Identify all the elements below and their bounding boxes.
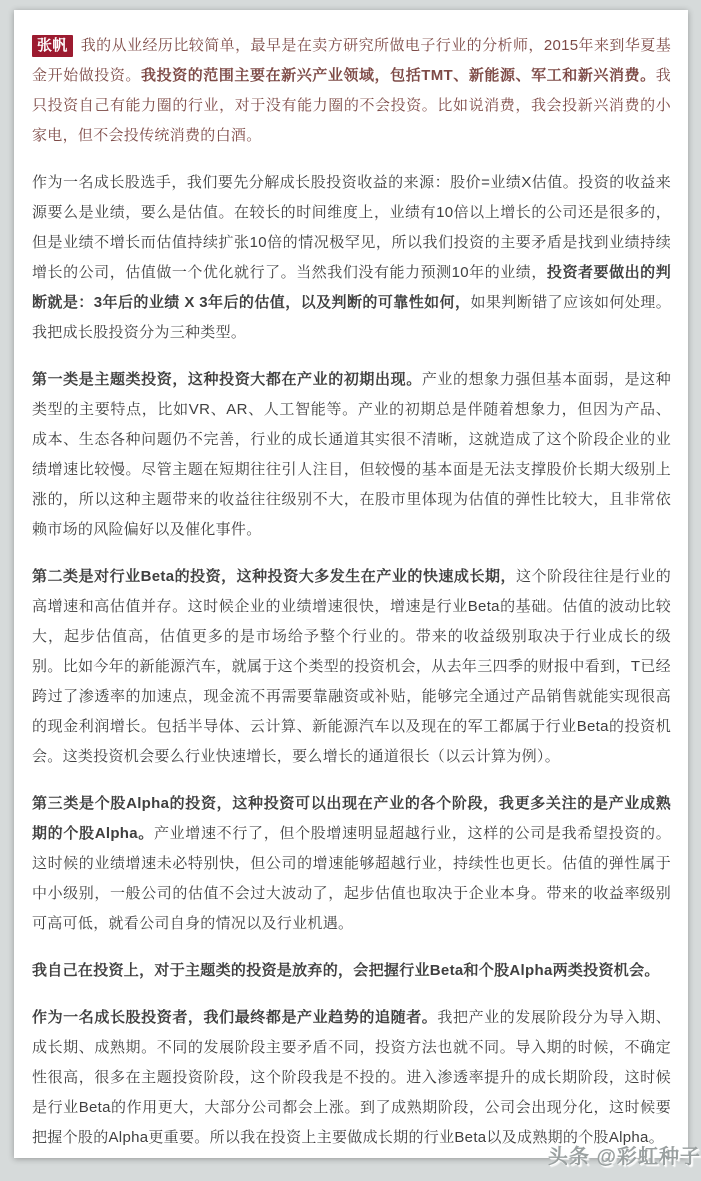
text-run: 产业的想象力强但基本面弱，是这种类型的主要特点，比如VR、AR、人工智能等。产业… <box>32 371 671 538</box>
page-background: 张帆我的从业经历比较简单，最早是在卖方研究所做电子行业的分析师，2015年来到华… <box>0 0 701 1181</box>
paragraph: 第一类是主题类投资，这种投资大都在产业的初期出现。产业的想象力强但基本面弱，是这… <box>32 365 671 545</box>
text-run: 这个阶段往往是行业的高增速和高估值并存。这时候企业的业绩增速很快，增速是行业Be… <box>32 568 671 765</box>
paragraph: 作为一名成长股选手，我们要先分解成长股投资收益的来源：股价=业绩X估值。投资的收… <box>32 168 671 348</box>
speaker-name-badge: 张帆 <box>32 35 73 57</box>
paragraph: 张帆我的从业经历比较简单，最早是在卖方研究所做电子行业的分析师，2015年来到华… <box>32 31 671 151</box>
watermark: 头条 @彩虹种子 <box>548 1140 701 1169</box>
text-run: 我把产业的发展阶段分为导入期、成长期、成熟期。不同的发展阶段主要矛盾不同，投资方… <box>32 1009 671 1146</box>
text-run: 我投资的范围主要在新兴产业领域，包括TMT、新能源、军工和新兴消费。 <box>141 67 656 84</box>
paragraph: 我自己在投资上，对于主题类的投资是放弃的，会把握行业Beta和个股Alpha两类… <box>32 956 671 986</box>
paragraph: 第三类是个股Alpha的投资，这种投资可以出现在产业的各个阶段，我更多关注的是产… <box>32 789 671 939</box>
watermark-text: 头条 @彩虹种子 <box>548 1146 701 1168</box>
text-run: 作为一名成长股投资者，我们最终都是产业趋势的追随者。 <box>32 1009 437 1026</box>
article-card: 张帆我的从业经历比较简单，最早是在卖方研究所做电子行业的分析师，2015年来到华… <box>14 10 688 1158</box>
paragraph: 作为一名成长股投资者，我们最终都是产业趋势的追随者。我把产业的发展阶段分为导入期… <box>32 1003 671 1153</box>
text-run: 第二类是对行业Beta的投资，这种投资大多发生在产业的快速成长期， <box>32 568 516 585</box>
text-run: 第一类是主题类投资，这种投资大都在产业的初期出现。 <box>32 371 422 388</box>
article-content: 张帆我的从业经历比较简单，最早是在卖方研究所做电子行业的分析师，2015年来到华… <box>14 10 688 1153</box>
text-run: 我自己在投资上，对于主题类的投资是放弃的，会把握行业Beta和个股Alpha两类… <box>32 962 660 979</box>
paragraph: 第二类是对行业Beta的投资，这种投资大多发生在产业的快速成长期，这个阶段往往是… <box>32 562 671 772</box>
